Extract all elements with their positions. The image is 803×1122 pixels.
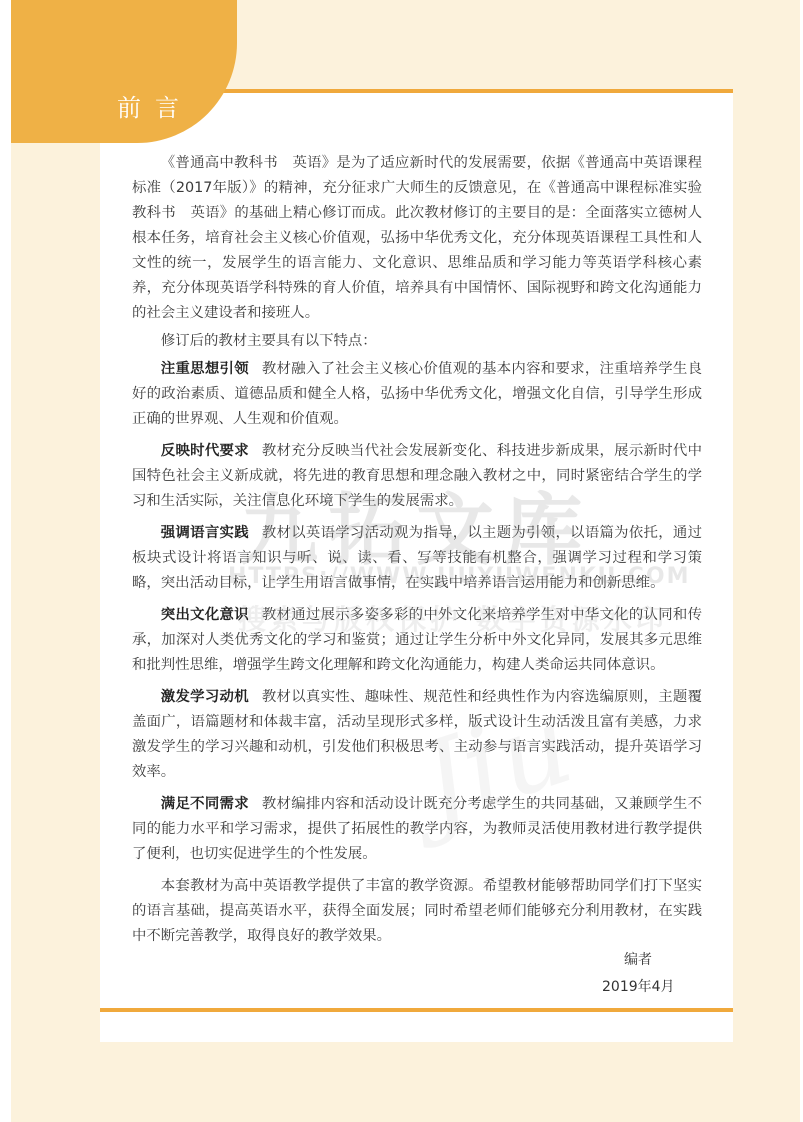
- feature-item: 满足不同需求教材编排内容和活动设计既充分考虑学生的共同基础，又兼顾学生不同的能力…: [132, 792, 702, 867]
- feature-title: 突出文化意识: [161, 607, 249, 623]
- page-title: 前言: [117, 88, 193, 123]
- feature-item: 注重思想引领教材融入了社会主义核心价值观的基本内容和要求，注重培养学生良好的政治…: [132, 357, 702, 432]
- closing-paragraph: 本套教材为高中英语教学提供了丰富的教学资源。希望教材能够帮助同学们打下坚实的语言…: [132, 874, 702, 949]
- feature-title: 满足不同需求: [161, 796, 249, 812]
- intro-paragraph: 《普通高中教科书 英语》是为了适应新时代的发展需要，依据《普通高中英语课程标准（…: [132, 151, 702, 326]
- feature-title: 激发学习动机: [161, 689, 249, 705]
- top-divider: [200, 89, 733, 93]
- feature-title: 强调语言实践: [161, 525, 249, 541]
- feature-item: 激发学习动机教材以真实性、趣味性、规范性和经典性作为内容选编原则，主题覆盖面广，…: [132, 685, 702, 785]
- preface-body: 《普通高中教科书 英语》是为了适应新时代的发展需要，依据《普通高中英语课程标准（…: [132, 151, 702, 952]
- signature-date: 2019年4月: [602, 976, 675, 996]
- feature-item: 强调语言实践教材以英语学习活动观为指导，以主题为引领，以语篇为依托，通过板块式设…: [132, 521, 702, 596]
- bottom-divider: [100, 1008, 733, 1012]
- features-lead: 修订后的教材主要具有以下特点：: [132, 329, 702, 354]
- signature-editor: 编者: [624, 949, 652, 969]
- feature-title: 反映时代要求: [161, 443, 249, 459]
- feature-item: 反映时代要求教材充分反映当代社会发展新变化、科技进步新成果，展示新时代中国特色社…: [132, 439, 702, 514]
- feature-title: 注重思想引领: [161, 361, 249, 377]
- feature-item: 突出文化意识教材通过展示多姿多彩的中外文化来培养学生对中华文化的认同和传承，加深…: [132, 603, 702, 678]
